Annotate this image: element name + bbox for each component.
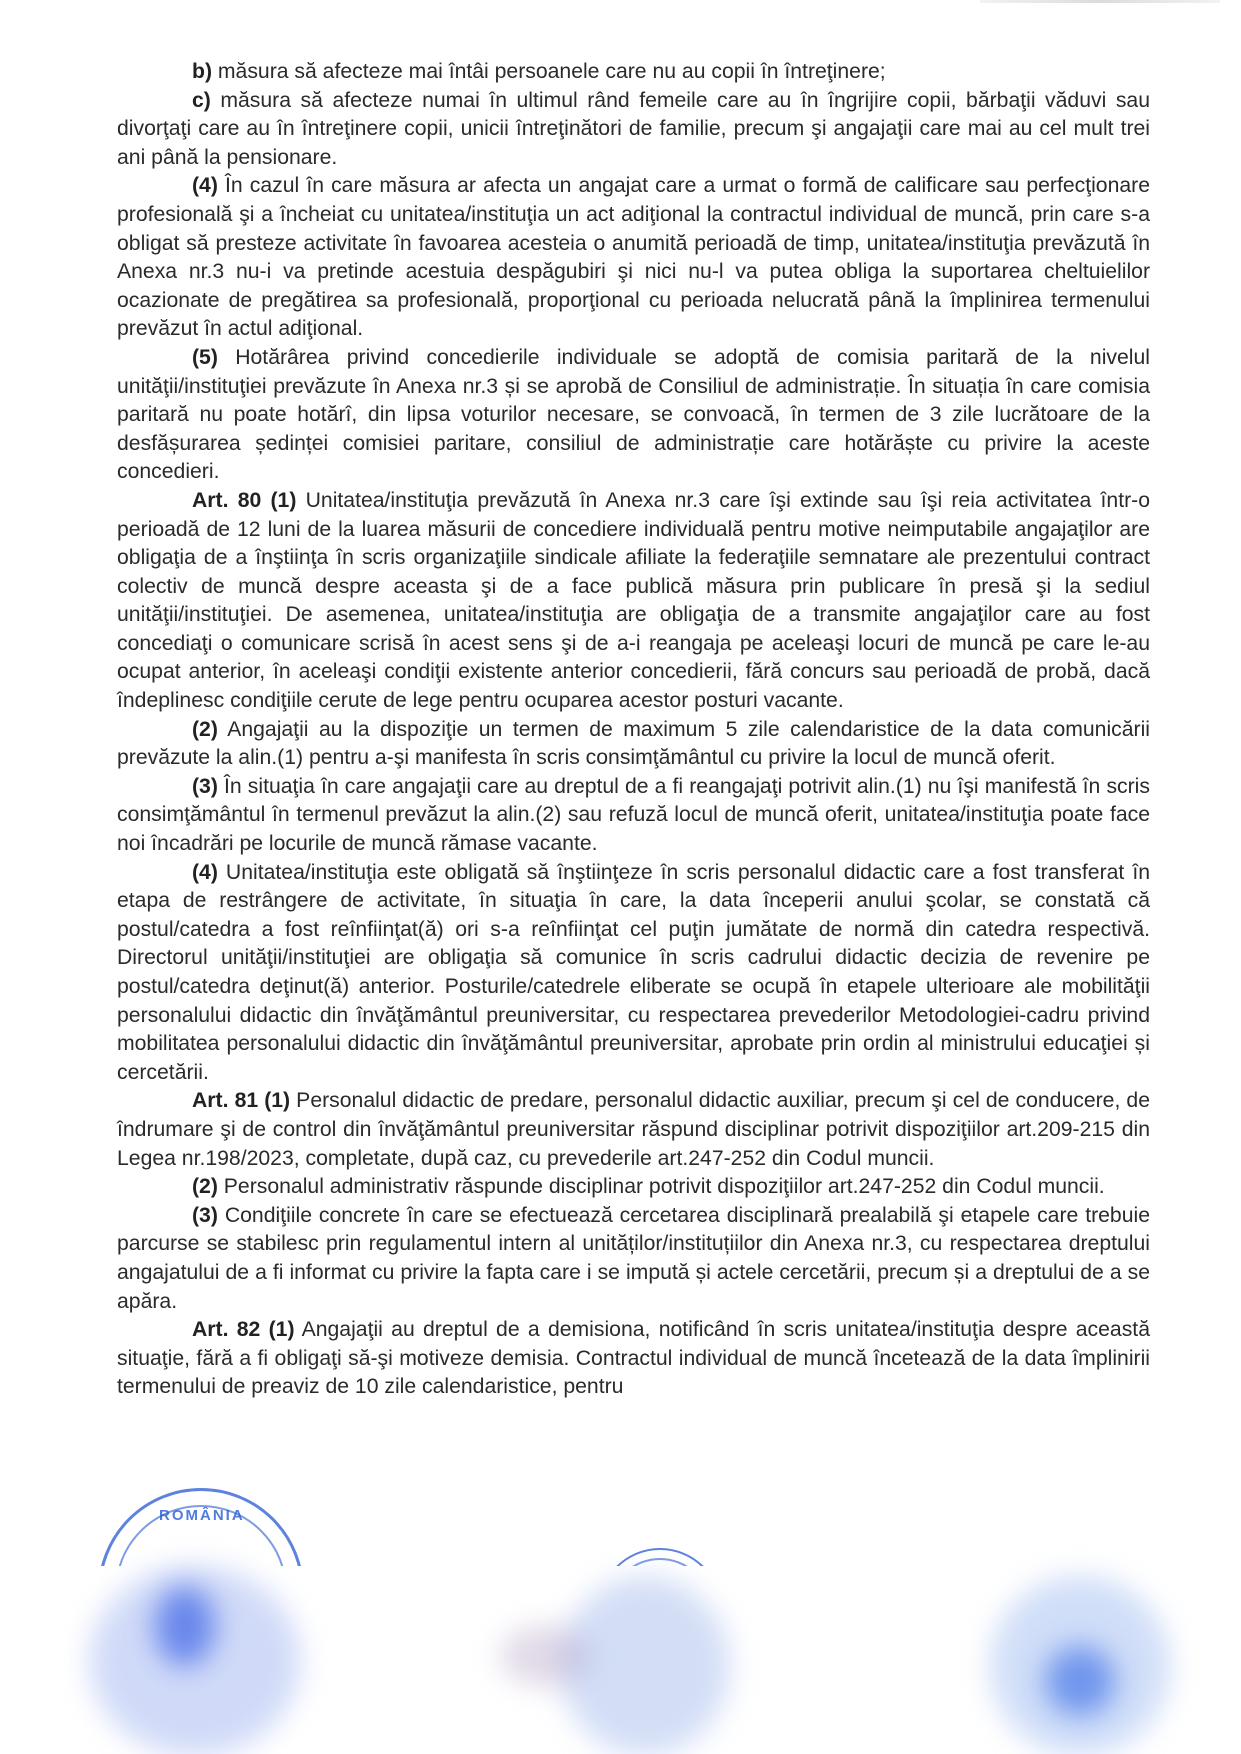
article-80-3: (3) În situaţia în care angajaţii care a… [117,773,1150,859]
paragraph-text: În cazul în care măsura ar afecta un ang… [117,174,1150,340]
paragraph-text: măsura să afecteze numai în ultimul rând… [117,89,1150,169]
stamp-text: ROMÂNIA [159,1507,245,1524]
article-label: Art. 81 (1) [192,1089,290,1112]
article-label: Art. 82 (1) [192,1318,295,1341]
article-80-4: (4) Unitatea/instituţia este obligată să… [117,859,1150,1088]
paragraph-text: În situaţia în care angajaţii care au dr… [117,775,1150,855]
paragraph-text: Unitatea/instituţia este obligată să înş… [117,861,1150,1084]
paragraph-label: c) [192,89,211,112]
blurred-stamp-right-core [1045,1646,1115,1716]
blurred-signature-center [500,1626,590,1686]
paragraph-label: (2) [192,1175,218,1198]
paragraph-label: (5) [192,346,218,369]
article-80-1: Art. 80 (1) Unitatea/instituţia prevăzut… [117,487,1150,716]
paragraph-text: Unitatea/instituţia prevăzută în Anexa n… [117,489,1150,712]
paragraph-label: (2) [192,718,218,741]
paragraph-text: Personalul administrativ răspunde discip… [218,1175,1105,1198]
article-label: Art. 80 (1) [192,489,296,512]
paragraph-4: (4) În cazul în care măsura ar afecta un… [117,172,1150,344]
paragraph-text: Hotărârea privind concedierile individua… [117,346,1150,483]
paragraph-c: c) măsura să afecteze numai în ultimul r… [117,87,1150,173]
article-81-1: Art. 81 (1) Personalul didactic de preda… [117,1087,1150,1173]
paragraph-label: (4) [192,861,218,884]
paragraph-text: măsura să afecteze mai întâi persoanele … [212,60,886,83]
paragraph-label: (3) [192,1204,218,1227]
blurred-stamp-left-core [155,1586,215,1666]
document-page: b) măsura să afecteze mai întâi persoane… [0,0,1241,1754]
paragraph-label: b) [192,60,212,83]
article-80-2: (2) Angajaţii au la dispoziţie un termen… [117,716,1150,773]
redacted-signatures-area [0,1566,1241,1754]
paragraph-label: (4) [192,174,218,197]
paragraph-5: (5) Hotărârea privind concedierile indiv… [117,344,1150,487]
document-body: b) măsura să afecteze mai întâi persoane… [117,58,1150,1402]
paragraph-b: b) măsura să afecteze mai întâi persoane… [117,58,1150,87]
article-82-1: Art. 82 (1) Angajaţii au dreptul de a de… [117,1316,1150,1402]
article-81-2: (2) Personalul administrativ răspunde di… [117,1173,1150,1202]
article-81-3: (3) Condiţiile concrete în care se efect… [117,1202,1150,1316]
paragraph-text: Angajaţii au la dispoziţie un termen de … [117,718,1150,770]
paragraph-label: (3) [192,775,218,798]
scan-edge [980,0,1220,3]
paragraph-text: Condiţiile concrete în care se efectueaz… [117,1204,1150,1313]
